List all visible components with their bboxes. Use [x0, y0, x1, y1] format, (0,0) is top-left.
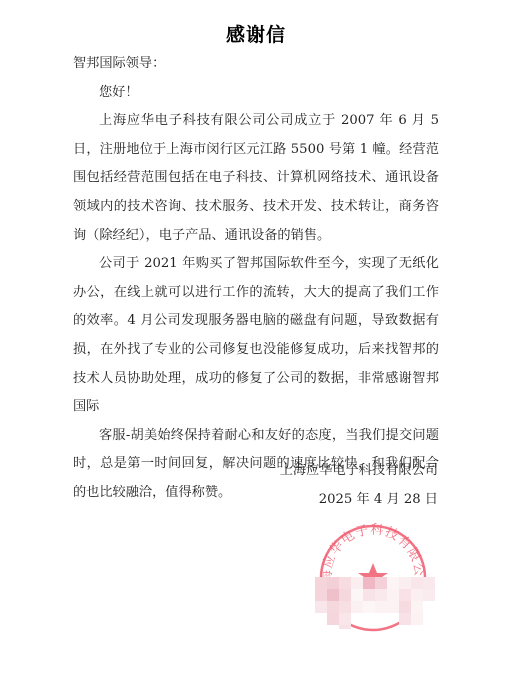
greeting: 您好！	[73, 79, 439, 108]
paragraph-company-intro: 上海应华电子科技有限公司公司成立于 2007 年 6 月 5 日，注册地位于上海…	[73, 107, 439, 250]
letter-title: 感谢信	[0, 20, 512, 47]
salutation: 智邦国际领导：	[73, 50, 439, 79]
signature-company: 上海应华电子科技有限公司	[260, 459, 438, 478]
letter-body: 智邦国际领导： 您好！ 上海应华电子科技有限公司公司成立于 2007 年 6 月…	[73, 50, 439, 508]
redacted-mosaic	[315, 577, 435, 629]
paragraph-software-usage: 公司于 2021 年购买了智邦国际软件至今，实现了无纸化办公，在线上就可以进行工…	[73, 250, 439, 422]
signature-date: 2025 年 4 月 28 日	[260, 488, 438, 507]
